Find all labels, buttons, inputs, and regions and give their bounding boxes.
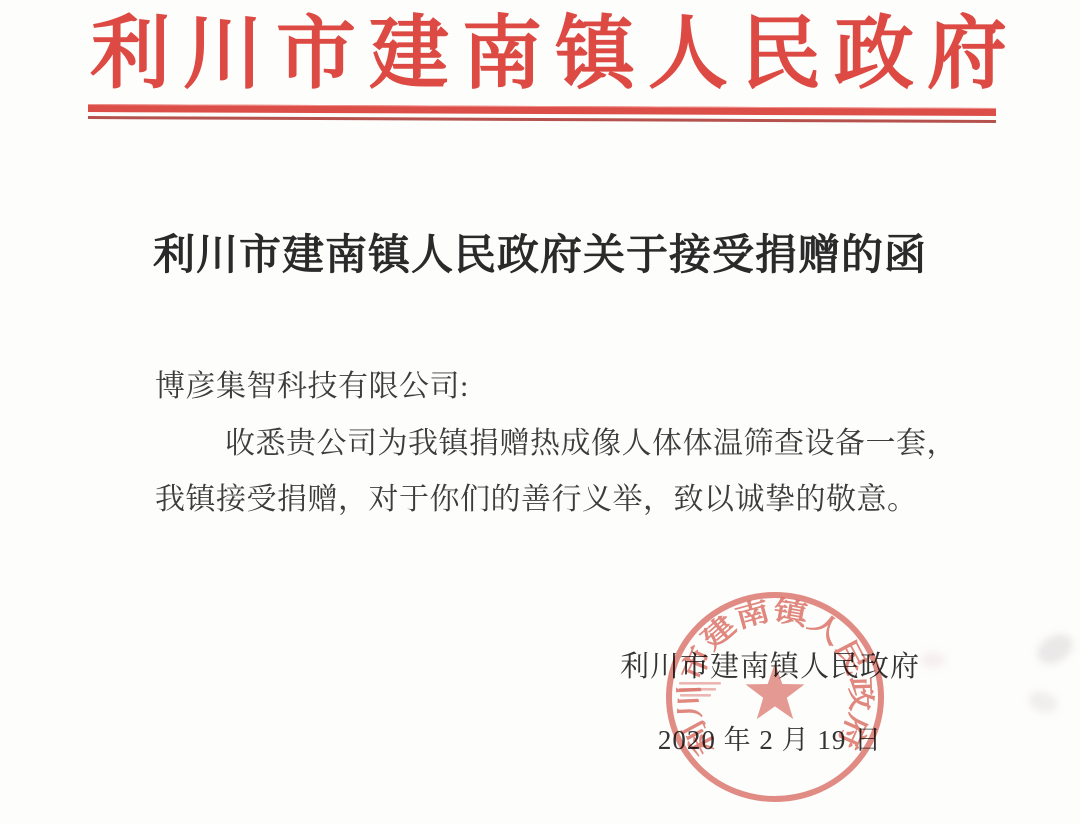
divider-thin-line: [88, 116, 996, 123]
salutation-recipient: 博彦集智科技有限公司:: [155, 361, 469, 405]
letterhead-divider: [88, 104, 996, 123]
scan-smudge: [1025, 687, 1060, 716]
letter-document-page: 利川市建南镇人民政府 利川市建南镇人民政府关于接受捐赠的函 博彦集智科技有限公司…: [0, 0, 1080, 824]
body-paragraph-line: 收悉贵公司为我镇捐赠热成像人体体温筛查设备一套，: [155, 418, 957, 462]
signature-block: 利川市建南镇人民政府 2020 年 2 月 19 日: [620, 644, 920, 757]
scan-smudge: [1032, 628, 1078, 670]
body-paragraph-line: 我镇接受捐赠，对于你们的善行义举，致以诚挚的敬意。: [155, 474, 918, 518]
signature-org-name: 利川市建南镇人民政府: [620, 644, 920, 685]
scan-smudge: [920, 652, 946, 668]
letterhead-org-name: 利川市建南镇人民政府: [0, 12, 1080, 98]
divider-thick-line: [88, 104, 996, 116]
signature-date: 2020 年 2 月 19 日: [620, 718, 920, 757]
document-title: 利川市建南镇人民政府关于接受捐赠的函: [0, 222, 1080, 282]
